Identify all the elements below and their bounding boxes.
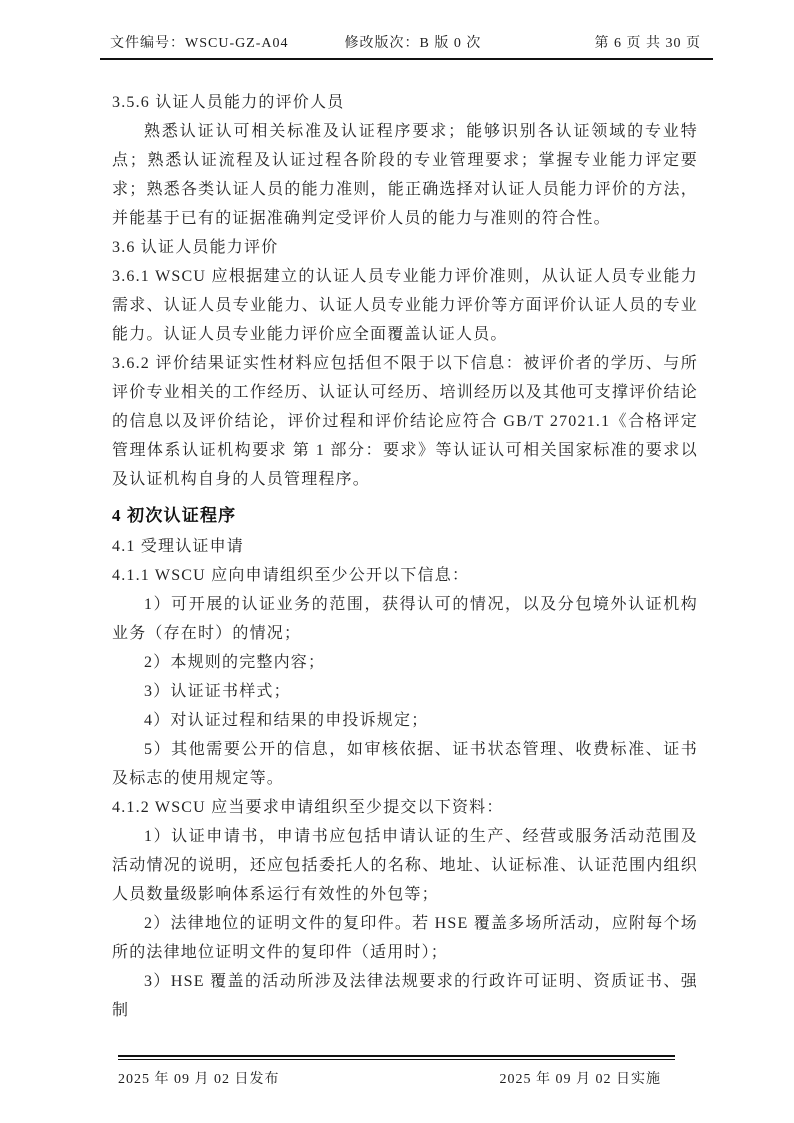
clause-paragraph: 3.6.1 WSCU 应根据建立的认证人员专业能力评价准则，从认证人员专业能力需… [112, 262, 698, 349]
clause-paragraph: 3.6.2 评价结果证实性材料应包括但不限于以下信息：被评价者的学历、与所评价专… [112, 349, 698, 494]
body-paragraph: 3）认证证书样式； [112, 677, 698, 706]
header-row: 文件编号：WSCU-GZ-A04 修改版次：B 版 0 次 第 6 页 共 30… [100, 32, 713, 60]
page-indicator: 第 6 页 共 30 页 [595, 32, 714, 52]
document-page: 文件编号：WSCU-GZ-A04 修改版次：B 版 0 次 第 6 页 共 30… [0, 0, 794, 1123]
body-paragraph: 2）法律地位的证明文件的复印件。若 HSE 覆盖多场所活动，应附每个场所的法律地… [112, 909, 698, 967]
body-paragraph: 2）本规则的完整内容； [112, 648, 698, 677]
clause-paragraph: 4.1.1 WSCU 应向申请组织至少公开以下信息： [112, 561, 698, 590]
chapter-heading: 4 初次认证程序 [112, 501, 698, 530]
footer-double-rule [118, 1055, 675, 1060]
release-date-label: 2025 年 09 月 02 日发布 [118, 1068, 280, 1088]
body-paragraph: 3）HSE 覆盖的活动所涉及法律法规要求的行政许可证明、资质证书、强制 [112, 967, 698, 1025]
clause-paragraph: 3.5.6 认证人员能力的评价人员 [112, 88, 698, 117]
clause-paragraph: 4.1 受理认证申请 [112, 532, 698, 561]
document-body: 3.5.6 认证人员能力的评价人员熟悉认证认可相关标准及认证程序要求；能够识别各… [112, 88, 698, 1025]
revision-label: 修改版次：B 版 0 次 [345, 32, 482, 52]
body-paragraph: 4）对认证过程和结果的申投诉规定； [112, 706, 698, 735]
clause-paragraph: 4.1.2 WSCU 应当要求申请组织至少提交以下资料： [112, 793, 698, 822]
footer-row: 2025 年 09 月 02 日发布 2025 年 09 月 02 日实施 [118, 1068, 675, 1088]
implement-date-label: 2025 年 09 月 02 日实施 [500, 1068, 676, 1088]
body-paragraph: 1）认证申请书，申请书应包括申请认证的生产、经营或服务活动范围及活动情况的说明，… [112, 822, 698, 909]
body-paragraph: 熟悉认证认可相关标准及认证程序要求；能够识别各认证领域的专业特点；熟悉认证流程及… [112, 117, 698, 233]
body-paragraph: 1）可开展的认证业务的范围，获得认可的情况，以及分包境外认证机构业务（存在时）的… [112, 590, 698, 648]
page-header: 文件编号：WSCU-GZ-A04 修改版次：B 版 0 次 第 6 页 共 30… [100, 32, 713, 60]
doc-number-label: 文件编号：WSCU-GZ-A04 [110, 32, 289, 52]
clause-paragraph: 3.6 认证人员能力评价 [112, 233, 698, 262]
page-footer: 2025 年 09 月 02 日发布 2025 年 09 月 02 日实施 [118, 1055, 675, 1088]
body-paragraph: 5）其他需要公开的信息，如审核依据、证书状态管理、收费标准、证书及标志的使用规定… [112, 735, 698, 793]
